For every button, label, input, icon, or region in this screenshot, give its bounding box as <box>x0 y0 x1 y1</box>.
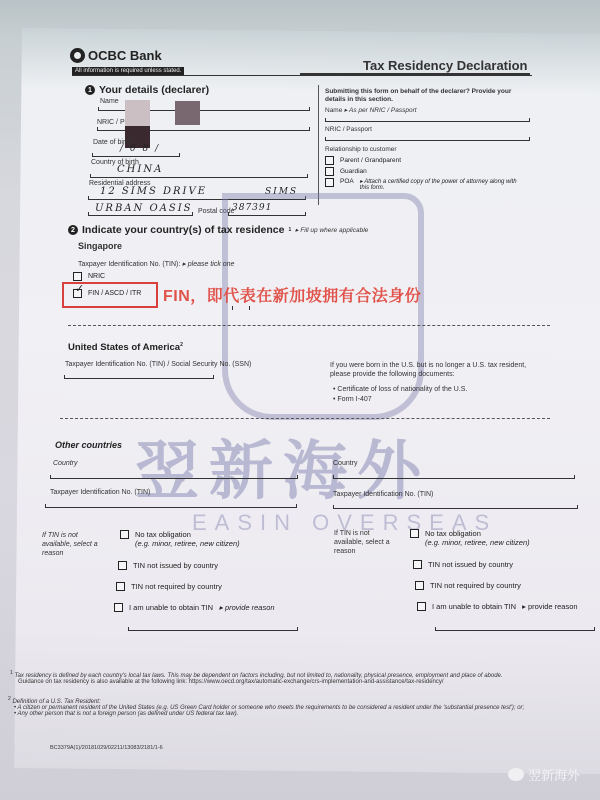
relationship-option-guardian[interactable]: Guardian <box>325 167 367 176</box>
reason-not-required-right[interactable]: TIN not required by country <box>415 581 521 590</box>
section1-heading: 1 Your details (declarer) <box>85 84 209 96</box>
section2-heading: 2 Indicate your country(s) of tax reside… <box>68 224 368 236</box>
column-divider <box>318 85 319 205</box>
checkbox[interactable] <box>413 560 422 569</box>
footnote-ref: 1 <box>288 227 291 233</box>
redaction-block <box>175 101 200 125</box>
behalf-nric-field[interactable] <box>325 140 530 141</box>
sg-option-nric[interactable]: NRIC <box>73 272 105 281</box>
option-label: POA <box>340 178 354 185</box>
behalf-name-label-text: Name <box>325 107 342 114</box>
wechat-watermark: 翌新海外 <box>508 765 580 784</box>
bank-name: OCBC Bank <box>88 48 162 63</box>
footnote-1: 1 Tax residency is defined by each count… <box>10 670 590 685</box>
checkbox[interactable] <box>415 581 424 590</box>
usa-tin-label: Taxpayer Identification No. (TIN) / Soci… <box>65 361 251 368</box>
reason-label: No tax obligation <box>135 530 191 539</box>
country-field-left[interactable] <box>50 478 298 479</box>
poa-note-text: Attach a certified copy of the power of … <box>360 179 517 191</box>
checkbox[interactable] <box>325 156 334 165</box>
reason-label: No tax obligation <box>425 529 481 538</box>
reason-not-required-left[interactable]: TIN not required by country <box>116 582 222 591</box>
relationship-option-parent[interactable]: Parent / Grandparent <box>325 156 401 165</box>
behalf-name-field[interactable] <box>325 121 530 122</box>
poa-note: ▸ Attach a certified copy of the power o… <box>360 178 525 191</box>
behalf-name-hint: ▸ As per NRIC / Passport <box>344 107 416 114</box>
redaction-block <box>125 100 150 126</box>
section2-title: Indicate your country(s) of tax residenc… <box>82 224 284 236</box>
annotation-highlight-box <box>62 282 158 308</box>
address-line1: 12 SIMS DRIVE <box>100 186 207 197</box>
reason-label: TIN not issued by country <box>428 560 513 569</box>
behalf-nric-label: NRIC / Passport <box>325 126 372 133</box>
usa-doc-2: • Form I-407 <box>333 396 372 403</box>
country-field-right[interactable] <box>333 478 575 479</box>
reason-hint: ▸ provide reason <box>219 603 274 612</box>
checkbox[interactable] <box>325 167 334 176</box>
usa-heading: United States of America2 <box>68 342 183 353</box>
option-label: NRIC <box>88 273 105 280</box>
usa-tin-field[interactable] <box>64 378 214 379</box>
reason-label-left: If TIN is not available, select a reason <box>42 531 107 558</box>
relationship-option-poa[interactable]: POA ▸ Attach a certified copy of the pow… <box>325 178 525 191</box>
bullet-text: Any other person that is not a foreign p… <box>18 711 239 717</box>
usa-doc-text: Form I-407 <box>337 396 371 403</box>
reason-field-left[interactable] <box>128 630 298 631</box>
reason-text: No tax obligation(e.g. minor, retiree, n… <box>135 530 240 548</box>
wechat-label: 翌新海外 <box>528 765 580 784</box>
section2-hint: ▸ Fill up where applicable <box>295 226 368 234</box>
bank-logo: OCBC Bank <box>70 48 162 63</box>
name-label: Name <box>100 98 119 105</box>
country-label-left: Country <box>53 460 78 467</box>
relationship-label: Relationship to customer <box>325 146 397 153</box>
reason-sub: (e.g. minor, retiree, new citizen) <box>135 539 240 548</box>
doc-title: Tax Residency Declaration <box>363 58 528 73</box>
form-code: BC3379A(1)/20181029/02211/13083/2181/1-6 <box>50 745 163 751</box>
section-divider <box>60 418 550 419</box>
usa-heading-text: United States of America <box>68 342 180 353</box>
dob-field[interactable] <box>92 156 180 157</box>
reason-label: I am unable to obtain TIN <box>432 602 516 611</box>
country-of-birth-value: CHINA <box>117 164 163 175</box>
singapore-heading: Singapore <box>78 241 122 251</box>
checkbox[interactable] <box>120 530 129 539</box>
reason-not-issued-right[interactable]: TIN not issued by country <box>413 560 513 569</box>
footnote-mark: 2 <box>8 696 11 702</box>
reason-hint-text: provide reason <box>225 603 275 612</box>
checkbox[interactable] <box>410 529 419 538</box>
tin-label-right: Taxpayer Identification No. (TIN) <box>333 491 433 498</box>
checkbox[interactable] <box>325 178 334 187</box>
section-number: 2 <box>68 225 78 235</box>
section1-title: Your details (declarer) <box>99 84 209 96</box>
reason-sub: (e.g. minor, retiree, new citizen) <box>425 538 530 547</box>
checkbox[interactable] <box>116 582 125 591</box>
sg-tin-label: Taxpayer Identification No. (TIN): ▸ ple… <box>78 260 234 268</box>
reason-label: I am unable to obtain TIN <box>129 603 213 612</box>
option-label: Parent / Grandparent <box>340 157 401 164</box>
footnote-ref: 2 <box>180 342 183 348</box>
tin-label-left: Taxpayer Identification No. (TIN) <box>50 489 150 496</box>
option-label: Guardian <box>340 168 367 175</box>
dob-value: / 0 8 / <box>120 144 160 154</box>
address-line2: URBAN OASIS <box>95 203 193 214</box>
country-of-birth-field[interactable] <box>90 177 308 178</box>
reason-not-issued-left[interactable]: TIN not issued by country <box>118 561 218 570</box>
tin-field-right[interactable] <box>333 508 578 509</box>
watermark-text-cn: 翌新海外 <box>135 420 431 512</box>
usa-doc-text: Certificate of loss of nationality of th… <box>337 386 467 393</box>
reason-no-tax-right[interactable]: No tax obligation(e.g. minor, retiree, n… <box>410 529 530 547</box>
section2-hint-text: Fill up where applicable <box>300 227 368 234</box>
header-rule <box>72 75 532 76</box>
sg-tin-hint-text: please tick one <box>188 261 235 268</box>
footnote-mark: 1 <box>10 670 13 676</box>
reason-label: TIN not issued by country <box>133 561 218 570</box>
reason-hint-text: provide reason <box>528 602 578 611</box>
reason-label: TIN not required by country <box>430 581 521 590</box>
title-rule <box>300 73 530 75</box>
other-countries-heading: Other countries <box>55 440 122 450</box>
footnote-1-line2: Guidance on tax residency is also availa… <box>10 679 444 685</box>
reason-field-right[interactable] <box>435 630 595 631</box>
sg-tin-hint: ▸ please tick one <box>182 261 234 268</box>
checkbox[interactable] <box>118 561 127 570</box>
section-number: 1 <box>85 85 95 95</box>
reason-unable-right[interactable]: I am unable to obtain TIN ▸ provide reas… <box>417 602 578 611</box>
country-label-right: Country <box>333 460 358 467</box>
tin-field-left[interactable] <box>45 507 297 508</box>
behalf-name-label: Name ▸ As per NRIC / Passport <box>325 106 417 114</box>
reason-label-right: If TIN is not available, select a reason <box>334 529 399 556</box>
footnote-2-bullet2: • Any other person that is not a foreign… <box>8 711 238 717</box>
reason-unable-left[interactable]: I am unable to obtain TIN ▸ provide reas… <box>114 603 275 612</box>
sg-tin-label-text: Taxpayer Identification No. (TIN): <box>78 261 180 268</box>
reason-text: No tax obligation(e.g. minor, retiree, n… <box>425 529 530 547</box>
checkbox[interactable] <box>73 272 82 281</box>
ocbc-logo-icon <box>70 48 85 63</box>
reason-hint: ▸ provide reason <box>522 602 577 611</box>
info-bar: All information is required unless state… <box>72 67 184 75</box>
section-divider <box>68 325 550 326</box>
checkbox[interactable] <box>417 602 426 611</box>
wechat-icon <box>508 768 524 781</box>
behalf-intro: Submitting this form on behalf of the de… <box>325 88 525 104</box>
address-field-2[interactable] <box>88 215 193 216</box>
checkbox[interactable] <box>114 603 123 612</box>
reason-no-tax-left[interactable]: No tax obligation(e.g. minor, retiree, n… <box>120 530 240 548</box>
footnote-2: 2 Definition of a U.S. Tax Resident: • A… <box>8 696 593 717</box>
usa-note: If you were born in the U.S. but is no l… <box>330 361 540 379</box>
reason-label: TIN not required by country <box>131 582 222 591</box>
behalf-name-hint-text: As per NRIC / Passport <box>349 107 417 114</box>
usa-doc-1: • Certificate of loss of nationality of … <box>333 386 467 393</box>
annotation-text: FIN，即代表在新加坡拥有合法身份 <box>163 283 421 306</box>
